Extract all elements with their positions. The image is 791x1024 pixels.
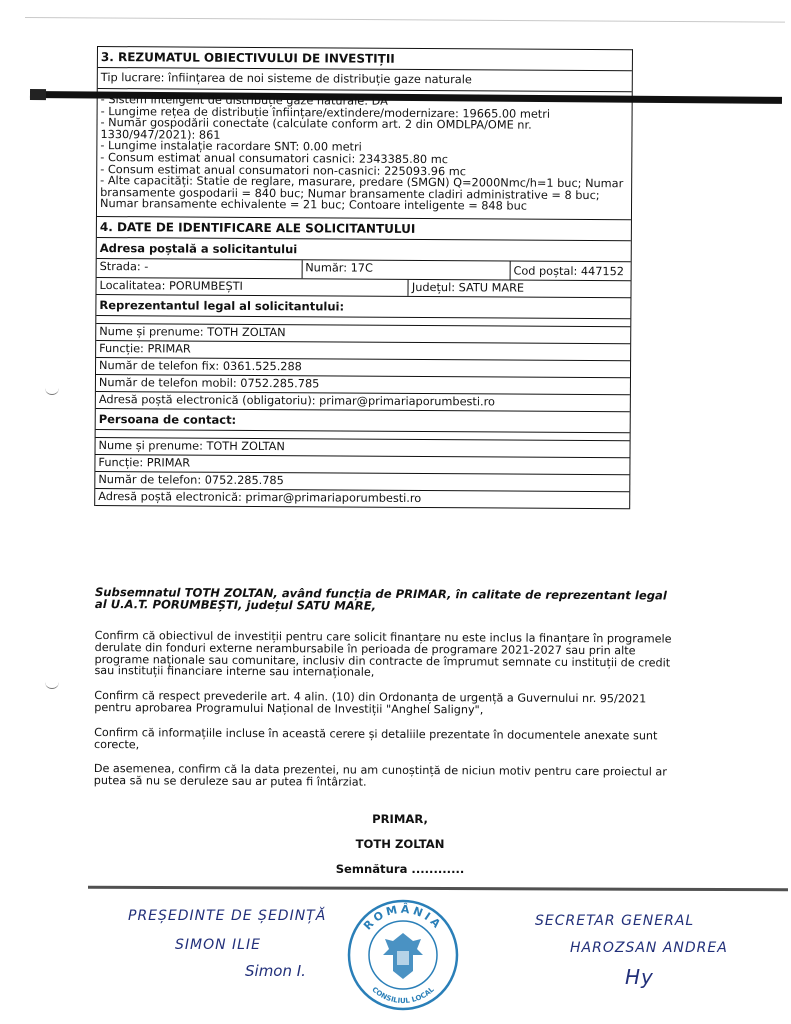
coat-of-arms-icon (383, 933, 423, 979)
localitatea-field: Localitatea: PORUMBEȘTI (96, 278, 408, 296)
svg-text:ROMÂNIA: ROMÂNIA (361, 903, 445, 933)
investment-details: - Sistem inteligent de distribuție gaze … (97, 89, 632, 220)
punch-hole-mark (45, 682, 59, 689)
section-3-table: 3. REZUMATUL OBIECTIVULUI DE INVESTIȚII … (94, 46, 633, 509)
handwritten-president-name: SIMON ILIE (175, 937, 261, 953)
stamp-bottom-text: CONSILIUL LOCAL (370, 985, 436, 1005)
page-fold-line (88, 886, 788, 891)
signature-name: TOTH ZOLTAN (250, 837, 550, 851)
handwritten-secretary-name: HAROZSAN ANDREA (570, 940, 728, 956)
signature-label: Semnătura ............ (250, 862, 550, 876)
official-seal-stamp: ROMÂNIA CONSILIUL LOCAL (345, 897, 461, 1013)
declaration-lead: Subsemnatul TOTH ZOLTAN, având funcția d… (95, 586, 675, 614)
declaration: Subsemnatul TOTH ZOLTAN, având funcția d… (94, 586, 675, 804)
detail-line: - Alte capacități: Statie de reglare, ma… (100, 175, 628, 213)
declaration-paragraph: De asemenea, confirm că la data prezente… (94, 763, 674, 790)
scan-edge-line (25, 17, 785, 23)
handwritten-secretary-title: SECRETAR GENERAL (535, 913, 694, 929)
declaration-paragraph: Confirm că obiectivul de investiții pent… (94, 630, 674, 681)
svg-text:CONSILIUL LOCAL: CONSILIUL LOCAL (370, 985, 436, 1005)
signature-block: PRIMAR, TOTH ZOLTAN Semnătura ..........… (250, 812, 550, 887)
contact-email: Adresă poștă electronică: primar@primari… (95, 489, 629, 509)
handwritten-secretary-signature: Hy (625, 965, 654, 989)
judetul-field: Județul: SATU MARE (409, 280, 631, 297)
handwritten-president-title: PREȘEDINTE DE ȘEDINȚĂ (128, 908, 326, 924)
strada-field: Strada: - (97, 259, 303, 278)
punch-hole-mark (45, 388, 59, 395)
form-tables: 3. REZUMATUL OBIECTIVULUI DE INVESTIȚII … (94, 46, 633, 509)
declaration-paragraph: Confirm că respect prevederile art. 4 al… (94, 690, 674, 717)
stamp-top-text: ROMÂNIA (361, 903, 445, 933)
numar-field: Număr: 17C (302, 260, 510, 279)
cod-postal-field: Cod poștal: 447152 (510, 261, 630, 280)
declaration-paragraph: Confirm că informațiile incluse în aceas… (94, 727, 674, 754)
signature-role: PRIMAR, (250, 812, 550, 826)
handwritten-president-signature: Simon I. (245, 962, 306, 980)
